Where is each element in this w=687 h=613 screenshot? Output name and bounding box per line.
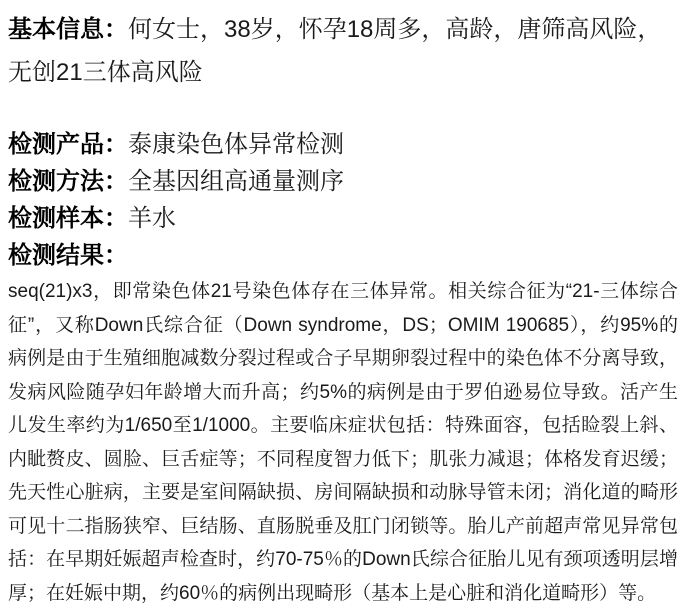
basic-info-line: 基本信息：何女士，38岁，怀孕18周多，高龄，唐筛高风险，无创21三体高风险: [8, 8, 678, 94]
test-fields-section: 检测产品：泰康染色体异常检测 检测方法：全基因组高通量测序 检测样本：羊水 检测…: [8, 126, 678, 274]
field-label-method: 检测方法：: [8, 168, 128, 195]
basic-info-label: 基本信息：: [8, 16, 128, 43]
field-label-sample: 检测样本：: [8, 205, 128, 232]
field-value-sample: 羊水: [128, 205, 176, 232]
result-detail-paragraph: seq(21)x3，即常染色体21号染色体存在三体异常。相关综合征为“21-三体…: [8, 275, 678, 610]
field-row-sample: 检测样本：羊水: [8, 200, 678, 237]
field-value-product: 泰康染色体异常检测: [128, 131, 344, 158]
field-label-product: 检测产品：: [8, 131, 128, 158]
field-row-product: 检测产品：泰康染色体异常检测: [8, 126, 678, 163]
field-row-method: 检测方法：全基因组高通量测序: [8, 163, 678, 200]
field-value-method: 全基因组高通量测序: [128, 168, 344, 195]
medical-report-document: 基本信息：何女士，38岁，怀孕18周多，高龄，唐筛高风险，无创21三体高风险 检…: [0, 0, 687, 613]
field-row-result: 检测结果：: [8, 237, 678, 274]
field-label-result: 检测结果：: [8, 242, 128, 269]
